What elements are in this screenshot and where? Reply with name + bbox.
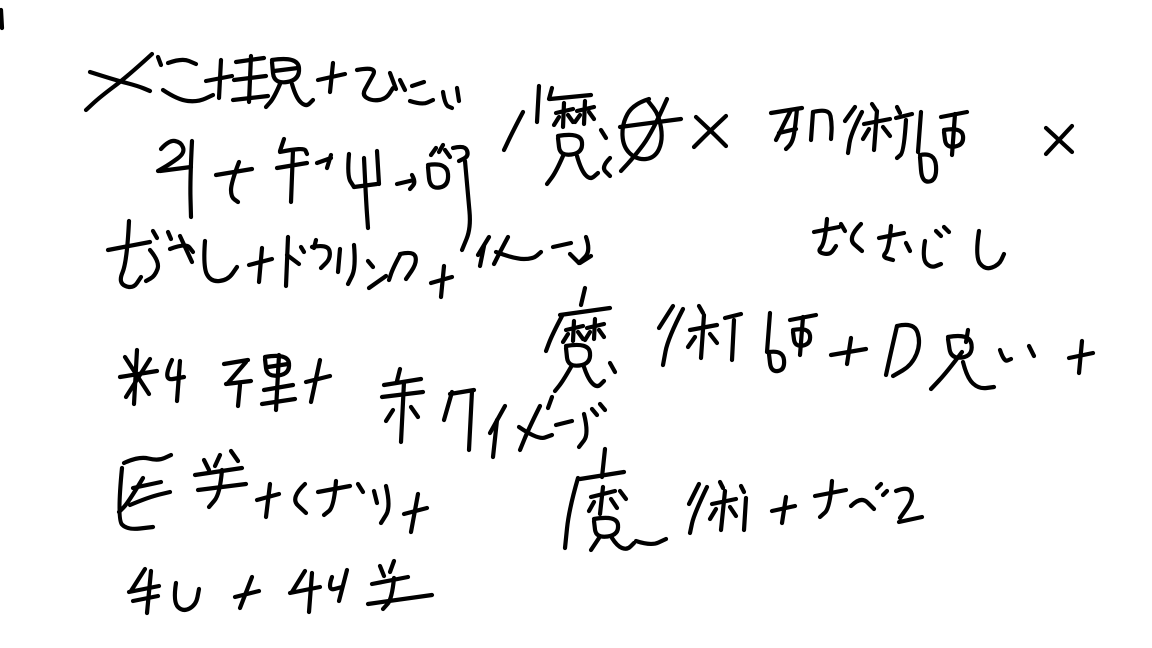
ink-stroke bbox=[699, 306, 703, 313]
ink-stroke bbox=[554, 117, 559, 125]
ink-stroke bbox=[782, 497, 786, 523]
ink-stroke bbox=[231, 451, 238, 461]
ink-stroke bbox=[496, 252, 541, 259]
ink-stroke bbox=[553, 243, 571, 247]
ink-stroke bbox=[730, 507, 736, 516]
ink-stroke bbox=[377, 151, 379, 184]
ink-edge-mark bbox=[1, 10, 2, 28]
ink-stroke bbox=[90, 72, 150, 91]
ink-stroke bbox=[732, 320, 734, 360]
ink-stroke bbox=[721, 491, 725, 530]
ink-stroke bbox=[570, 254, 579, 263]
ink-stroke bbox=[1029, 346, 1034, 356]
ink-stroke bbox=[121, 221, 141, 287]
ink-stroke bbox=[198, 484, 246, 490]
ink-stroke bbox=[147, 571, 151, 613]
ink-cooking bbox=[120, 350, 605, 457]
ink-stroke bbox=[411, 407, 418, 417]
ink-stroke bbox=[324, 481, 336, 515]
ink-stroke bbox=[338, 249, 340, 272]
ink-stroke bbox=[249, 56, 251, 102]
ink-stroke bbox=[555, 367, 571, 391]
ink-stroke bbox=[897, 120, 906, 158]
ink-stroke bbox=[620, 119, 681, 127]
ink-stroke bbox=[292, 84, 313, 105]
ink-stroke bbox=[124, 455, 171, 463]
ink-stroke bbox=[813, 111, 832, 139]
ink-stroke bbox=[1000, 350, 1011, 361]
ink-stroke bbox=[906, 243, 910, 251]
ink-stroke bbox=[620, 491, 626, 499]
ink-stroke bbox=[622, 99, 661, 159]
ink-stroke bbox=[611, 499, 617, 508]
ink-stroke bbox=[168, 232, 171, 239]
ink-stroke bbox=[556, 421, 572, 425]
ink-stroke bbox=[170, 246, 193, 252]
ink-stroke bbox=[566, 345, 590, 366]
ink-sorcerer bbox=[771, 104, 1072, 182]
ink-medicine bbox=[119, 451, 427, 532]
ink-witch bbox=[504, 86, 726, 184]
ink-stroke bbox=[591, 538, 599, 550]
ink-stroke bbox=[369, 276, 386, 288]
ink-line-1 bbox=[86, 54, 459, 110]
ink-stroke bbox=[599, 330, 604, 337]
ink-stroke bbox=[767, 313, 770, 352]
ink-stroke bbox=[158, 57, 161, 65]
ink-stroke bbox=[776, 110, 791, 140]
ink-stroke bbox=[579, 414, 587, 447]
ink-stroke bbox=[1, 10, 2, 28]
ink-stroke bbox=[575, 115, 580, 122]
ink-stroke bbox=[190, 141, 192, 217]
ink-stroke bbox=[560, 308, 610, 315]
ink-stroke bbox=[204, 460, 209, 470]
ink-stroke bbox=[883, 127, 890, 136]
ink-stroke bbox=[931, 352, 962, 389]
ink-stroke bbox=[381, 486, 389, 523]
ink-magician-curse bbox=[546, 288, 1093, 408]
ink-stroke bbox=[291, 150, 293, 202]
ink-stroke bbox=[602, 449, 605, 477]
ink-stroke bbox=[581, 288, 585, 305]
ink-stroke bbox=[175, 583, 199, 610]
ink-stroke bbox=[573, 321, 574, 341]
ink-onmyoji bbox=[814, 219, 1004, 268]
ink-stroke bbox=[577, 156, 598, 178]
ink-stroke bbox=[348, 154, 354, 187]
ink-stroke bbox=[410, 100, 433, 103]
ink-stroke bbox=[400, 253, 416, 279]
ink-stroke bbox=[851, 500, 874, 509]
ink-stroke bbox=[386, 410, 393, 421]
ink-stroke bbox=[163, 90, 213, 101]
ink-stroke bbox=[558, 135, 582, 155]
ink-stroke bbox=[238, 385, 240, 406]
ink-stroke bbox=[153, 231, 157, 238]
ink-stroke bbox=[219, 60, 221, 98]
ink-stroke bbox=[600, 404, 605, 410]
ink-stroke bbox=[546, 316, 562, 351]
ink-stroke bbox=[372, 577, 408, 584]
ink-stroke bbox=[589, 112, 594, 119]
ink-stroke bbox=[286, 237, 288, 286]
ink-stroke bbox=[215, 455, 220, 466]
ink-stroke bbox=[720, 482, 723, 488]
ink-stroke bbox=[769, 352, 784, 371]
ink-stroke bbox=[883, 491, 887, 495]
ink-stroke bbox=[952, 114, 955, 155]
ink-stroke bbox=[977, 231, 1004, 268]
ink-stroke bbox=[896, 114, 912, 118]
ink-stroke bbox=[428, 164, 448, 187]
ink-line-2 bbox=[158, 139, 470, 250]
ink-stroke bbox=[301, 247, 304, 252]
ink-stroke bbox=[548, 397, 552, 408]
ink-stroke bbox=[584, 367, 604, 386]
ink-stroke bbox=[884, 226, 893, 260]
ink-stroke bbox=[390, 561, 394, 572]
ink-stroke bbox=[368, 595, 432, 604]
ink-stroke bbox=[374, 491, 377, 503]
ink-stroke bbox=[701, 315, 704, 358]
ink-stroke bbox=[397, 180, 414, 184]
ink-stroke bbox=[944, 227, 949, 232]
ink-stroke bbox=[601, 130, 606, 138]
ink-stroke bbox=[380, 566, 384, 576]
ink-stroke bbox=[852, 224, 862, 251]
ink-stroke bbox=[610, 363, 615, 372]
ink-stroke bbox=[659, 306, 673, 328]
ink-stroke bbox=[330, 63, 333, 92]
ink-stroke bbox=[309, 573, 312, 612]
ink-stroke bbox=[936, 231, 941, 236]
ink-stroke bbox=[689, 484, 699, 504]
ink-stroke bbox=[146, 250, 158, 281]
ink-stroke bbox=[710, 334, 717, 343]
ink-stroke bbox=[457, 88, 459, 101]
ink-stroke bbox=[897, 107, 900, 113]
ink-stroke bbox=[565, 478, 578, 548]
ink-stroke bbox=[469, 391, 472, 450]
ink-stroke bbox=[848, 112, 862, 153]
ink-stroke bbox=[589, 502, 594, 511]
ink-stroke bbox=[800, 317, 803, 355]
ink-stroke bbox=[231, 162, 239, 202]
ink-line-3 bbox=[108, 221, 452, 297]
ink-stroke bbox=[443, 92, 452, 108]
ink-stroke bbox=[397, 369, 400, 381]
ink-stroke bbox=[444, 392, 452, 420]
ink-stroke bbox=[537, 86, 539, 122]
ink-stroke bbox=[636, 539, 666, 544]
ink-stroke bbox=[600, 487, 603, 514]
ink-stroke bbox=[585, 332, 590, 340]
ink-stroke bbox=[412, 82, 424, 86]
ink-stroke bbox=[563, 103, 564, 127]
ink-stroke bbox=[688, 337, 695, 347]
ink-stroke bbox=[431, 148, 436, 155]
ink-stroke bbox=[547, 156, 563, 184]
ink-stroke bbox=[133, 596, 158, 601]
ink-stroke bbox=[274, 68, 298, 71]
handwriting-canvas[interactable] bbox=[0, 0, 1152, 648]
ink-stroke bbox=[874, 111, 877, 150]
ink-stroke bbox=[863, 129, 869, 139]
whiteboard-page bbox=[0, 0, 1152, 648]
ink-stroke bbox=[368, 261, 373, 267]
ink-stroke bbox=[1079, 341, 1082, 373]
ink-stroke bbox=[177, 361, 180, 401]
ink-stroke bbox=[924, 241, 941, 267]
ink-stroke bbox=[594, 319, 595, 339]
ink-stroke bbox=[389, 255, 400, 280]
ink-stroke bbox=[592, 409, 597, 415]
ink-stroke bbox=[504, 112, 523, 150]
ink-stroke bbox=[204, 241, 237, 281]
ink-stroke bbox=[568, 115, 573, 122]
ink-stroke bbox=[168, 60, 196, 64]
ink-me-science bbox=[129, 561, 432, 613]
ink-stroke bbox=[462, 161, 470, 250]
ink-stroke bbox=[295, 484, 306, 513]
ink-stroke bbox=[390, 73, 396, 89]
ink-stroke bbox=[358, 484, 363, 492]
ink-stroke bbox=[710, 509, 716, 519]
ink-stroke bbox=[330, 577, 342, 589]
ink-stroke bbox=[594, 518, 618, 537]
ink-stroke bbox=[744, 498, 746, 530]
ink-stroke bbox=[811, 112, 813, 140]
ink-stroke bbox=[401, 382, 404, 442]
ink-stroke bbox=[563, 334, 568, 342]
ink-stroke bbox=[327, 155, 331, 168]
ink-stroke bbox=[896, 489, 912, 518]
ink-line-3-image bbox=[478, 237, 591, 266]
ink-stroke bbox=[348, 245, 355, 284]
ink-stroke bbox=[963, 362, 994, 388]
ink-stroke bbox=[130, 492, 170, 505]
ink-stroke bbox=[357, 69, 393, 100]
ink-stroke bbox=[920, 154, 936, 181]
ink-stroke bbox=[584, 101, 585, 124]
ink-stroke bbox=[841, 224, 845, 231]
ink-stroke bbox=[550, 95, 591, 99]
ink-stroke bbox=[845, 107, 855, 121]
ink-stroke bbox=[259, 248, 262, 282]
ink-stroke bbox=[264, 385, 293, 390]
ink-stroke bbox=[453, 147, 468, 161]
ink-stroke bbox=[441, 266, 444, 297]
ink-stroke bbox=[612, 538, 634, 549]
ink-stroke bbox=[819, 219, 836, 254]
ink-stroke bbox=[195, 468, 242, 475]
ink-stroke bbox=[886, 326, 897, 375]
ink-stroke bbox=[604, 158, 610, 176]
ink-magic-all bbox=[565, 449, 922, 550]
ink-stroke bbox=[578, 332, 583, 339]
ink-stroke bbox=[445, 150, 450, 157]
ink-stroke bbox=[918, 112, 921, 152]
ink-stroke bbox=[439, 145, 443, 152]
ink-stroke bbox=[872, 104, 876, 110]
ink-stroke bbox=[266, 484, 270, 517]
ink-stroke bbox=[580, 256, 591, 263]
ink-stroke bbox=[847, 338, 851, 364]
ink-stroke bbox=[364, 158, 368, 228]
ink-stroke bbox=[877, 484, 881, 488]
ink-stroke bbox=[400, 80, 405, 90]
ink-stroke bbox=[741, 486, 744, 492]
ink-stroke bbox=[725, 314, 741, 318]
ink-stroke bbox=[262, 399, 295, 404]
ink-stroke bbox=[820, 481, 832, 517]
